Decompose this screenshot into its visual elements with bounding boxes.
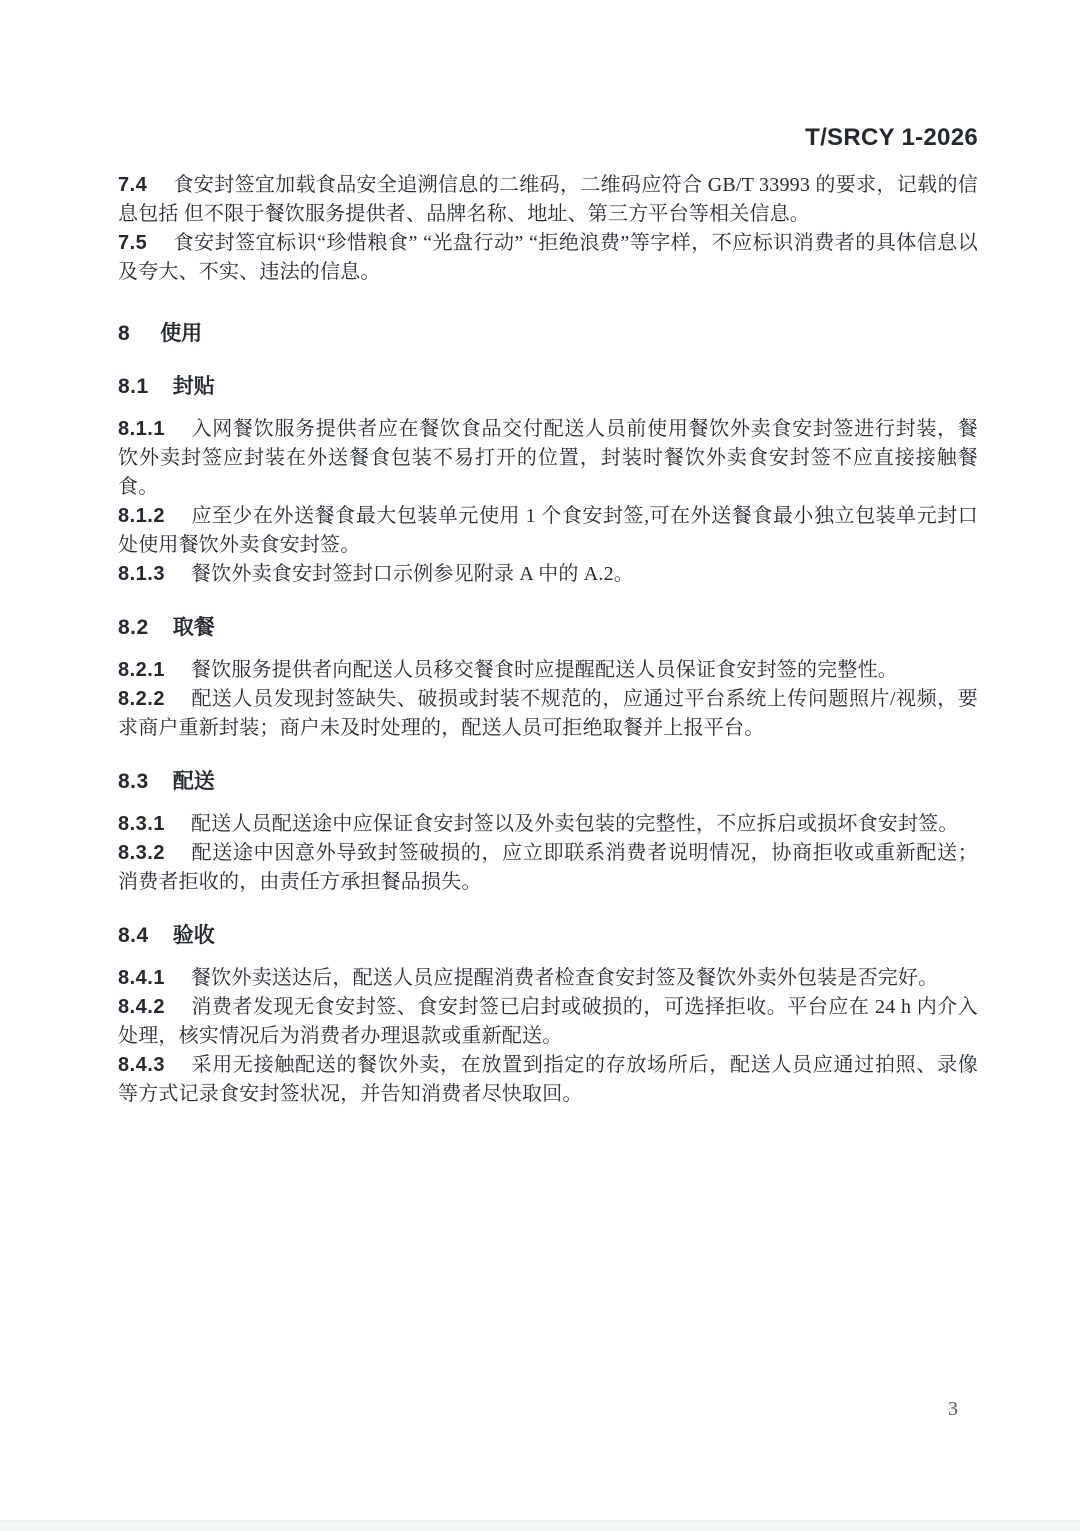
- clause-number: 7.4: [118, 174, 147, 196]
- clause-number: 8.4.1: [118, 967, 165, 989]
- clause-number: 8.4.3: [118, 1054, 165, 1076]
- page-bottom-edge: [0, 1520, 1080, 1531]
- clause-text: 餐饮外卖送达后，配送人员应提醒消费者检查食安封签及餐饮外卖外包装是否完好。: [191, 967, 938, 989]
- clause-number: 8.1.1: [118, 418, 165, 440]
- clause-text: 餐饮外卖食安封签封口示例参见附录 A 中的 A.2。: [191, 563, 634, 585]
- clause-number: 8.1.2: [118, 505, 165, 527]
- clause-text: 消费者发现无食安封签、食安封签已启封或破损的，可选择拒收。平台应在 24 h 内…: [118, 996, 978, 1047]
- heading-number: 8.3: [118, 770, 149, 793]
- chapter-8-heading: 8使用: [118, 319, 978, 348]
- standard-code: T/SRCY 1-2026: [805, 124, 978, 152]
- clause-number: 8.3.2: [118, 842, 165, 864]
- page-number: 3: [948, 1398, 958, 1421]
- section-8-3-heading: 8.3配送: [118, 767, 978, 796]
- clause-text: 配送人员配送途中应保证食安封签以及外卖包装的完整性，不应拆启或损坏食安封签。: [191, 813, 959, 835]
- clause-7-4: 7.4食安封签宜加载食品安全追溯信息的二维码，二维码应符合 GB/T 33993…: [118, 171, 978, 229]
- clause-text: 配送人员发现封签缺失、破损或封装不规范的，应通过平台系统上传问题照片/视频，要求…: [118, 688, 978, 739]
- clause-number: 8.2.2: [118, 688, 165, 710]
- heading-number: 8.4: [118, 924, 149, 947]
- document-body: 7.4食安封签宜加载食品安全追溯信息的二维码，二维码应符合 GB/T 33993…: [118, 171, 978, 1109]
- clause-8-4-3: 8.4.3采用无接触配送的餐饮外卖，在放置到指定的存放场所后，配送人员应通过拍照…: [118, 1051, 978, 1109]
- clause-8-1-2: 8.1.2应至少在外送餐食最大包装单元使用 1 个食安封签,可在外送餐食最小独立…: [118, 502, 978, 560]
- section-8-2-heading: 8.2取餐: [118, 613, 978, 642]
- clause-number: 8.4.2: [118, 996, 165, 1018]
- clause-8-4-2: 8.4.2消费者发现无食安封签、食安封签已启封或破损的，可选择拒收。平台应在 2…: [118, 993, 978, 1051]
- clause-8-4-1: 8.4.1餐饮外卖送达后，配送人员应提醒消费者检查食安封签及餐饮外卖外包装是否完…: [118, 964, 978, 993]
- heading-title: 封贴: [173, 375, 215, 398]
- clause-text: 餐饮服务提供者向配送人员移交餐食时应提醒配送人员保证食安封签的完整性。: [191, 659, 898, 681]
- clause-8-3-2: 8.3.2配送途中因意外导致封签破损的，应立即联系消费者说明情况，协商拒收或重新…: [118, 839, 978, 897]
- heading-title: 验收: [173, 924, 215, 947]
- clause-8-1-3: 8.1.3餐饮外卖食安封签封口示例参见附录 A 中的 A.2。: [118, 560, 978, 589]
- clause-text: 应至少在外送餐食最大包装单元使用 1 个食安封签,可在外送餐食最小独立包装单元封…: [118, 505, 978, 556]
- clause-text: 配送途中因意外导致封签破损的，应立即联系消费者说明情况，协商拒收或重新配送；消费…: [118, 842, 978, 893]
- heading-number: 8.2: [118, 616, 149, 639]
- clause-text: 食安封签宜标识“珍惜粮食” “光盘行动” “拒绝浪费”等字样，不应标识消费者的具…: [118, 232, 978, 283]
- clause-number: 8.3.1: [118, 813, 165, 835]
- clause-text: 采用无接触配送的餐饮外卖，在放置到指定的存放场所后，配送人员应通过拍照、录像等方…: [118, 1054, 978, 1105]
- clause-8-3-1: 8.3.1配送人员配送途中应保证食安封签以及外卖包装的完整性，不应拆启或损坏食安…: [118, 810, 978, 839]
- clause-number: 7.5: [118, 232, 147, 254]
- clause-text: 食安封签宜加载食品安全追溯信息的二维码，二维码应符合 GB/T 33993 的要…: [118, 174, 978, 225]
- clause-8-2-1: 8.2.1餐饮服务提供者向配送人员移交餐食时应提醒配送人员保证食安封签的完整性。: [118, 656, 978, 685]
- document-page: T/SRCY 1-2026 7.4食安封签宜加载食品安全追溯信息的二维码，二维码…: [0, 0, 1080, 1531]
- clause-7-5: 7.5食安封签宜标识“珍惜粮食” “光盘行动” “拒绝浪费”等字样，不应标识消费…: [118, 229, 978, 287]
- clause-number: 8.1.3: [118, 563, 165, 585]
- heading-title: 使用: [160, 322, 202, 345]
- clause-text: 入网餐饮服务提供者应在餐饮食品交付配送人员前使用餐饮外卖食安封签进行封装，餐饮外…: [118, 418, 978, 498]
- section-8-1-heading: 8.1封贴: [118, 372, 978, 401]
- clause-8-1-1: 8.1.1入网餐饮服务提供者应在餐饮食品交付配送人员前使用餐饮外卖食安封签进行封…: [118, 415, 978, 502]
- heading-number: 8.1: [118, 375, 149, 398]
- clause-8-2-2: 8.2.2配送人员发现封签缺失、破损或封装不规范的，应通过平台系统上传问题照片/…: [118, 685, 978, 743]
- section-8-4-heading: 8.4验收: [118, 921, 978, 950]
- heading-title: 取餐: [173, 616, 215, 639]
- heading-title: 配送: [173, 770, 215, 793]
- clause-number: 8.2.1: [118, 659, 165, 681]
- heading-number: 8: [118, 322, 130, 345]
